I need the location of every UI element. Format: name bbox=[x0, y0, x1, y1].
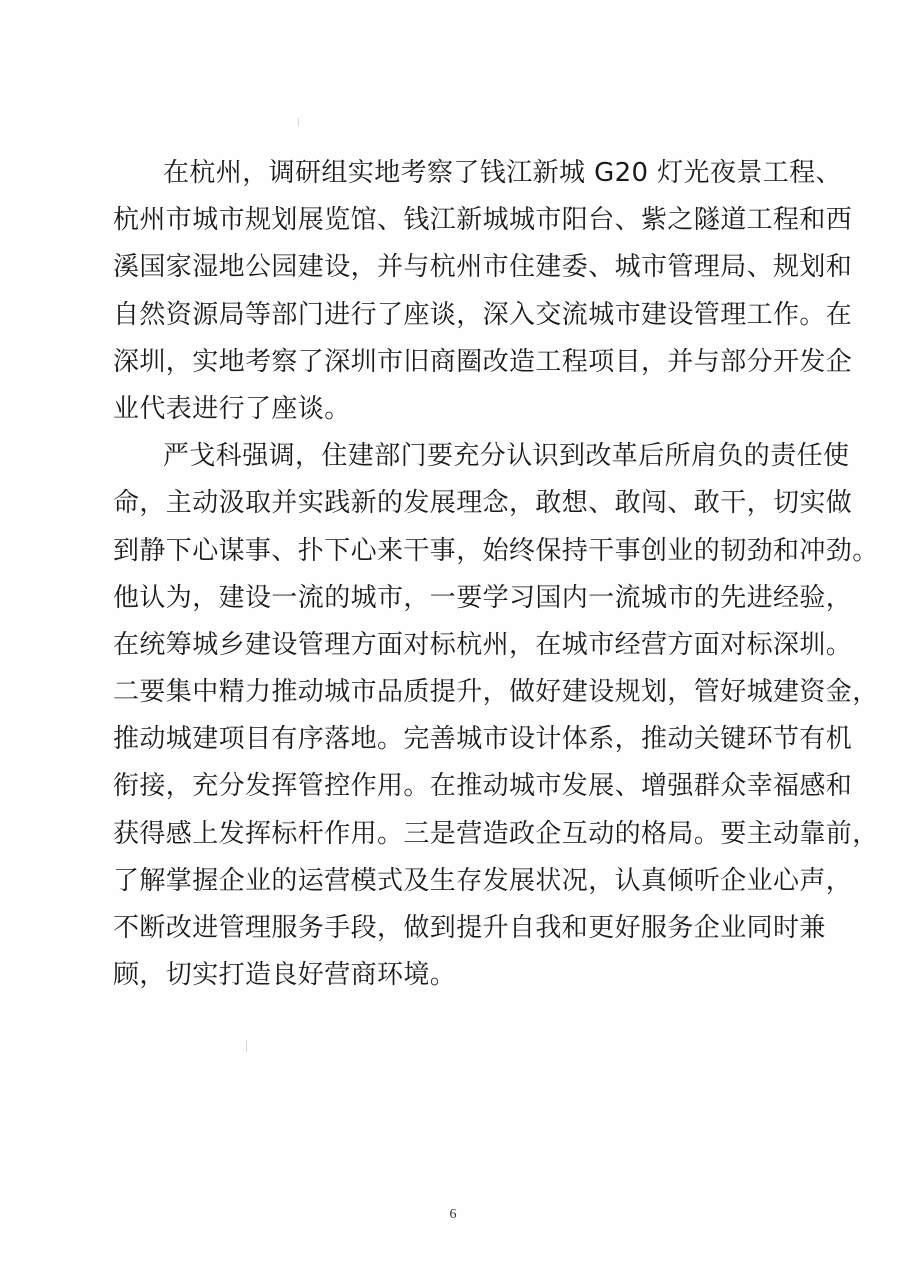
text-line: 获得感上发挥标杆作用。三是营造政企互动的格局。要主动靠前， bbox=[113, 811, 801, 858]
text-line: 深圳，实地考察了深圳市旧商圈改造工程项目，并与部分开发企 bbox=[113, 339, 801, 386]
scan-artifact bbox=[298, 118, 299, 126]
text-line: 在统筹城乡建设管理方面对标杭州，在城市经营方面对标深圳。 bbox=[113, 622, 801, 669]
text-line: 杭州市城市规划展览馆、钱江新城城市阳台、紫之隧道工程和西 bbox=[113, 197, 801, 244]
text-line: 不断改进管理服务手段，做到提升自我和更好服务企业同时兼 bbox=[113, 905, 801, 952]
text-line: 业代表进行了座谈。 bbox=[113, 386, 801, 433]
document-page: 在杭州，调研组实地考察了钱江新城 G20 灯光夜景工程、 杭州市城市规划展览馆、… bbox=[0, 0, 906, 1282]
document-body: 在杭州，调研组实地考察了钱江新城 G20 灯光夜景工程、 杭州市城市规划展览馆、… bbox=[113, 150, 801, 999]
text-line: 自然资源局等部门进行了座谈，深入交流城市建设管理工作。在 bbox=[113, 292, 801, 339]
text-line: 命，主动汲取并实践新的发展理念，敢想、敢闯、敢干，切实做 bbox=[113, 480, 801, 527]
text-line: 了解掌握企业的运营模式及生存发展状况，认真倾听企业心声， bbox=[113, 858, 801, 905]
text-line: 衔接，充分发挥管控作用。在推动城市发展、增强群众幸福感和 bbox=[113, 763, 801, 810]
paragraph-emphasis-remarks: 严戈科强调，住建部门要充分认识到改革后所肩负的责任使 命，主动汲取并实践新的发展… bbox=[113, 433, 801, 999]
page-number: 6 bbox=[0, 1207, 906, 1223]
text-line: 推动城建项目有序落地。完善城市设计体系，推动关键环节有机 bbox=[113, 716, 801, 763]
text-line: 二要集中精力推动城市品质提升，做好建设规划，管好城建资金， bbox=[113, 669, 801, 716]
paragraph-hangzhou-shenzhen-visit: 在杭州，调研组实地考察了钱江新城 G20 灯光夜景工程、 杭州市城市规划展览馆、… bbox=[113, 150, 801, 433]
text-line: 在杭州，调研组实地考察了钱江新城 G20 灯光夜景工程、 bbox=[113, 150, 801, 197]
scan-artifact bbox=[246, 1040, 247, 1052]
text-line: 严戈科强调，住建部门要充分认识到改革后所肩负的责任使 bbox=[113, 433, 801, 480]
text-line: 溪国家湿地公园建设，并与杭州市住建委、城市管理局、规划和 bbox=[113, 244, 801, 291]
text-line: 他认为，建设一流的城市，一要学习国内一流城市的先进经验， bbox=[113, 575, 801, 622]
text-line: 到静下心谋事、扑下心来干事，始终保持干事创业的韧劲和冲劲。 bbox=[113, 528, 801, 575]
text-line: 顾，切实打造良好营商环境。 bbox=[113, 952, 801, 999]
